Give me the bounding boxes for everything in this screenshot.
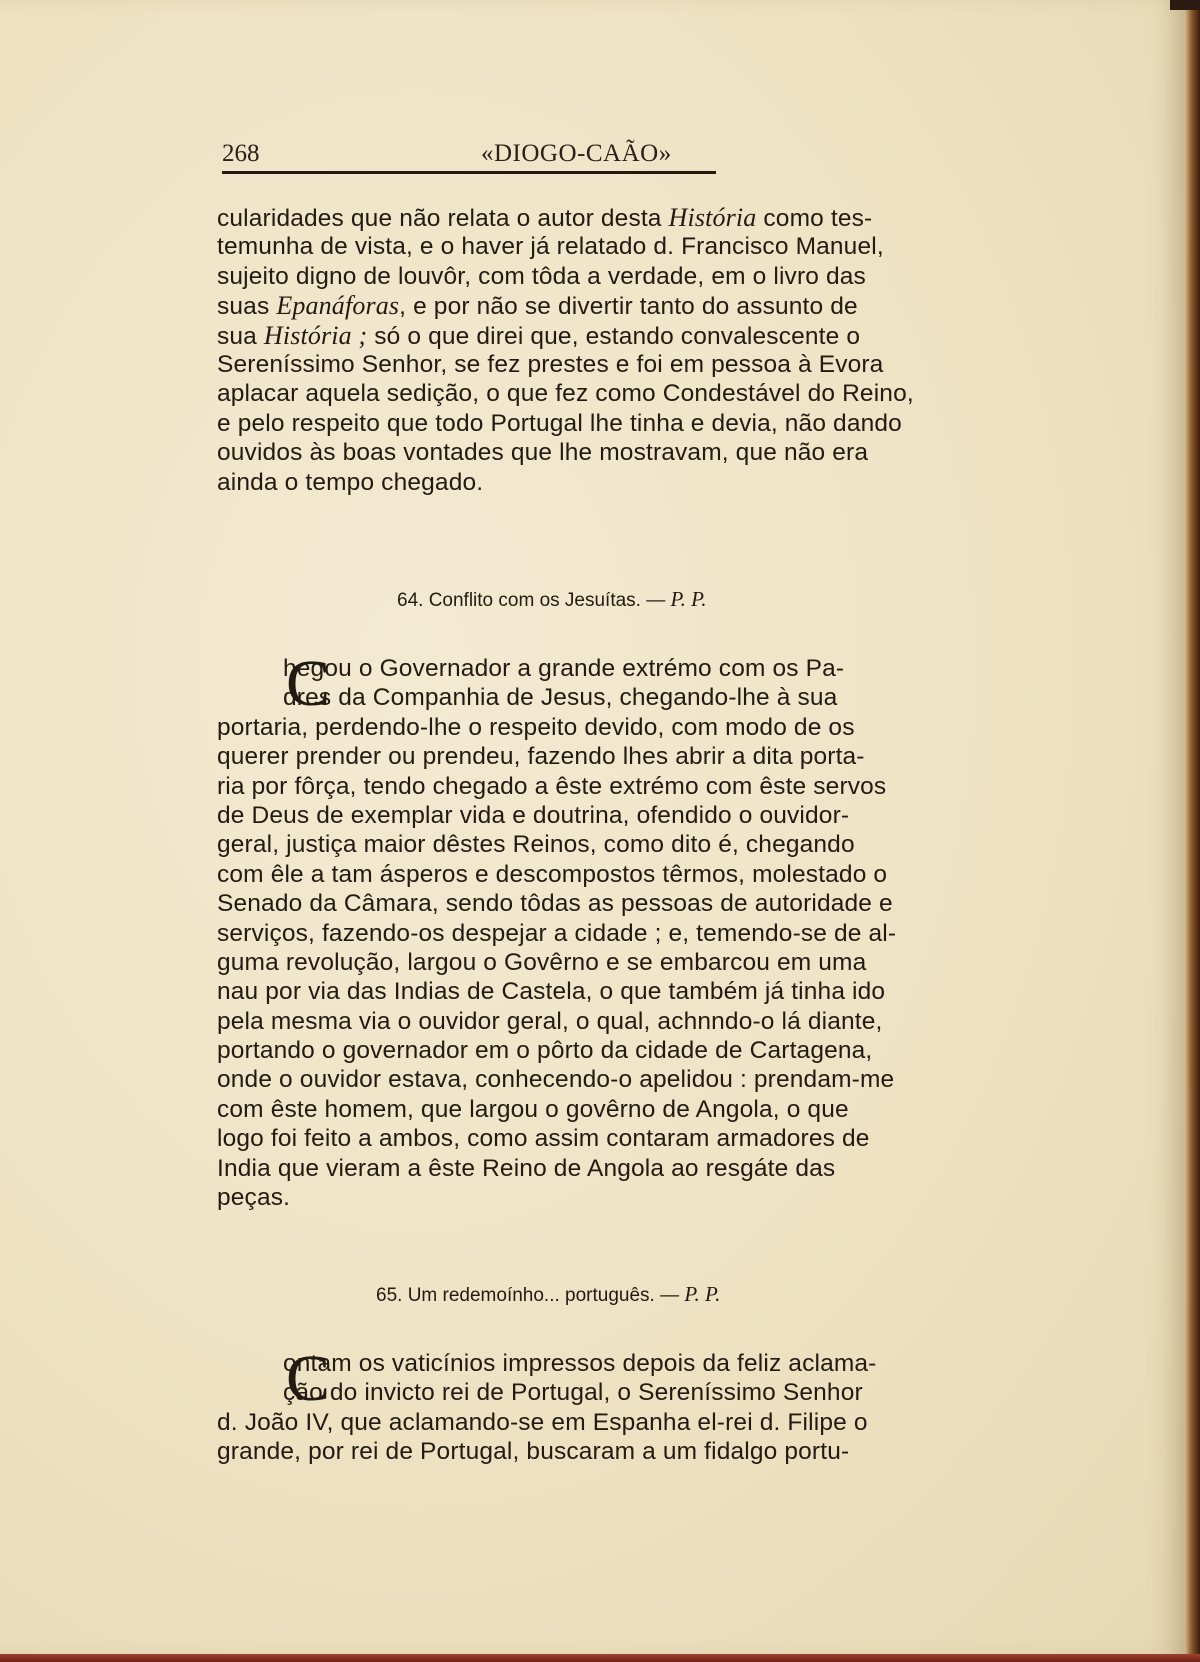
section-64-paragraph: hegou o Governador a grande extrémo com … bbox=[217, 654, 818, 1212]
text-line: peças. bbox=[217, 1183, 818, 1212]
text-line: de Deus de exemplar vida e doutrina, ofe… bbox=[217, 801, 818, 830]
header-rule bbox=[222, 171, 716, 174]
text-line: suas Epanáforas, e por não se divertir t… bbox=[217, 291, 818, 320]
text-line: e pelo respeito que todo Portugal lhe ti… bbox=[217, 409, 818, 438]
text-line: grande, por rei de Portugal, buscaram a … bbox=[217, 1437, 818, 1466]
text-line: onde o ouvidor estava, conhecendo-o apel… bbox=[217, 1065, 818, 1094]
text-line: Senado da Câmara, sendo tôdas as pessoas… bbox=[217, 889, 818, 918]
book-cover-edge bbox=[0, 1654, 1200, 1662]
text-line: aplacar aquela sedição, o que fez como C… bbox=[217, 379, 818, 408]
page-corner-shadow bbox=[1170, 0, 1200, 10]
text-line: ção do invicto rei de Portugal, o Serení… bbox=[217, 1378, 818, 1407]
running-head: 268 «DIOGO-CAÃO» bbox=[222, 140, 716, 172]
text-line: cularidades que não relata o autor desta… bbox=[217, 203, 818, 232]
text-line: logo foi feito a ambos, como assim conta… bbox=[217, 1124, 818, 1153]
text-line: nau por via das Indias de Castela, o que… bbox=[217, 977, 818, 1006]
text-line: sua História ; só o que direi que, estan… bbox=[217, 321, 818, 350]
text-line: ria por fôrça, tendo chegado a êste extr… bbox=[217, 772, 818, 801]
text-line: hegou o Governador a grande extrémo com … bbox=[217, 654, 818, 683]
text-line: ontam os vaticínios impressos depois da … bbox=[217, 1349, 818, 1378]
section-64-heading: 64. Conflito com os Jesuítas. — P. P. bbox=[397, 587, 707, 612]
section-65-paragraph: ontam os vaticínios impressos depois da … bbox=[217, 1349, 818, 1467]
page-number: 268 bbox=[222, 140, 260, 168]
text-line: com êste homem, que largou o govêrno de … bbox=[217, 1095, 818, 1124]
text-line: com êle a tam ásperos e descompostos têr… bbox=[217, 860, 818, 889]
text-line: portaria, perdendo-lhe o respeito devido… bbox=[217, 713, 818, 742]
text-line: Sereníssimo Senhor, se fez prestes e foi… bbox=[217, 350, 818, 379]
text-line: guma revolução, largou o Govêrno e se em… bbox=[217, 948, 818, 977]
text-line: ainda o tempo chegado. bbox=[217, 468, 818, 497]
text-line: serviços, fazendo-os despejar a cidade ;… bbox=[217, 919, 818, 948]
continuation-paragraph: cularidades que não relata o autor desta… bbox=[217, 203, 818, 497]
text-line: querer prender ou prendeu, fazendo lhes … bbox=[217, 742, 818, 771]
text-line: d. João IV, que aclamando-se em Espanha … bbox=[217, 1408, 818, 1437]
text-line: geral, justiça maior dêstes Reinos, como… bbox=[217, 830, 818, 859]
text-line: ouvidos às boas vontades que lhe mostrav… bbox=[217, 438, 818, 467]
text-line: India que vieram a êste Reino de Angola … bbox=[217, 1154, 818, 1183]
text-line: temunha de vista, e o haver já relatado … bbox=[217, 232, 818, 261]
attribution: P. P. bbox=[671, 587, 707, 611]
attribution: P. P. bbox=[684, 1282, 720, 1306]
page-binding-edge bbox=[1186, 0, 1200, 1662]
text-line: portando o governador em o pôrto da cida… bbox=[217, 1036, 818, 1065]
text-line: sujeito digno de louvôr, com tôda a verd… bbox=[217, 262, 818, 291]
text-line: pela mesma via o ouvidor geral, o qual, … bbox=[217, 1007, 818, 1036]
text-line: dres da Companhia de Jesus, chegando-lhe… bbox=[217, 683, 818, 712]
running-title: «DIOGO-CAÃO» bbox=[481, 140, 672, 168]
section-65-heading: 65. Um redemoínho... português. — P. P. bbox=[376, 1282, 720, 1307]
